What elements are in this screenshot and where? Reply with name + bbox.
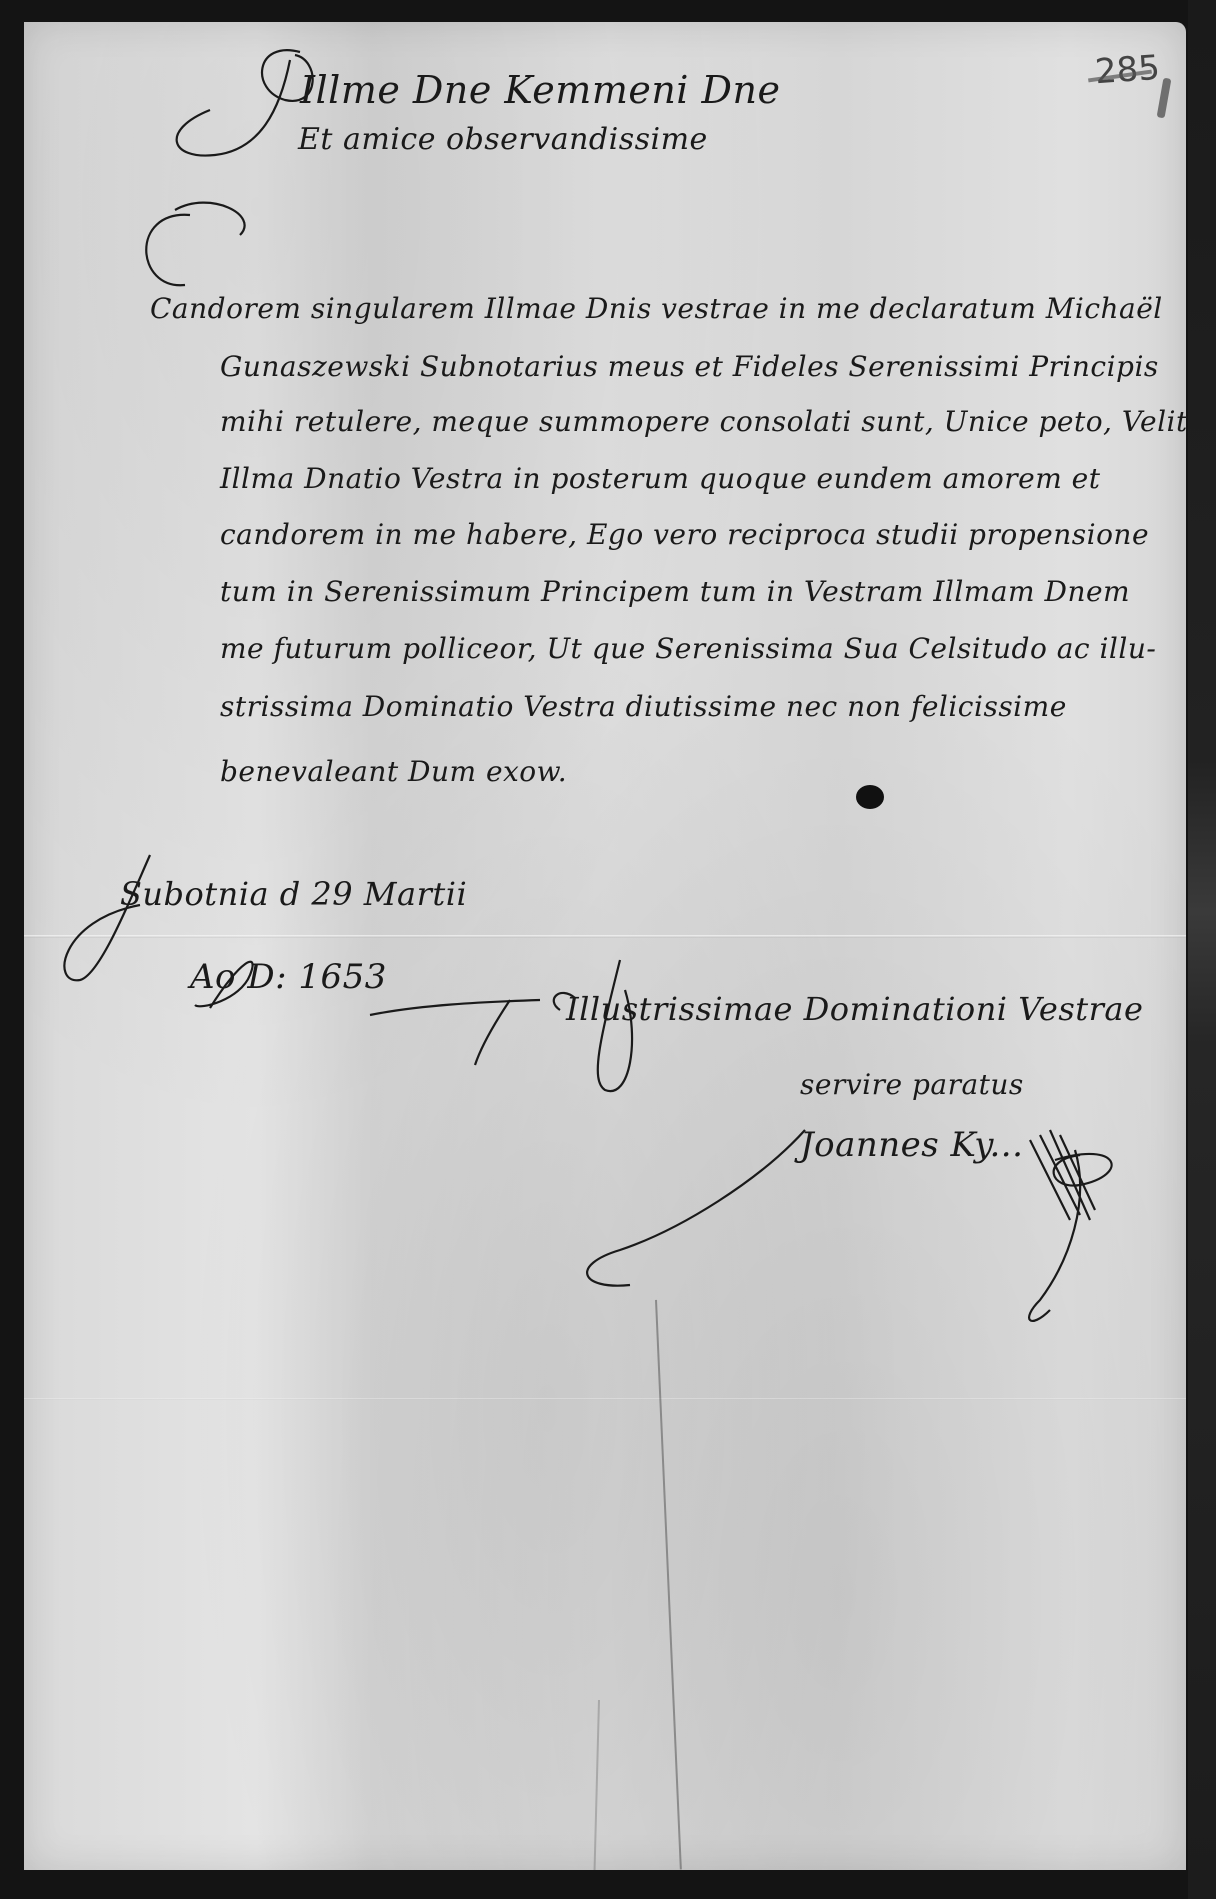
salutation-line-2: Et amice observandissime [298, 122, 708, 157]
closing-line-2: servire paratus [800, 1068, 1024, 1101]
horizontal-fold-line [24, 935, 1186, 938]
body-line-4: Illma Dnatio Vestra in posterum quoque e… [220, 462, 1100, 495]
body-line-1: Candorem singularem Illmae Dnis vestrae … [150, 292, 1163, 325]
body-line-7: me futurum polliceor, Ut que Serenissima… [220, 632, 1156, 665]
body-line-2: Gunaszewski Subnotarius meus et Fideles … [220, 350, 1159, 383]
body-line-9: benevaleant Dum exow. [220, 755, 567, 788]
closing-line-1: Illustrissimae Dominationi Vestrae [566, 990, 1143, 1028]
horizontal-fold-line-lower [24, 1398, 1186, 1400]
dateline-year: Ao D: 1653 [190, 957, 387, 997]
salutation-line-1: Illme Dne Kemmeni Dne [300, 68, 780, 112]
body-line-5: candorem in me habere, Ego vero reciproc… [220, 518, 1149, 551]
dateline-place-date: Subotnia d 29 Martii [120, 875, 467, 913]
signature: Joannes Ky... [800, 1125, 1023, 1165]
body-line-3: mihi retulere, meque summopere consolati… [220, 405, 1188, 438]
scan-edge-strip [1188, 0, 1216, 1899]
body-line-6: tum in Serenissimum Principem tum in Ves… [220, 575, 1130, 608]
body-line-8: strissima Dominatio Vestra diutissime ne… [220, 690, 1067, 723]
